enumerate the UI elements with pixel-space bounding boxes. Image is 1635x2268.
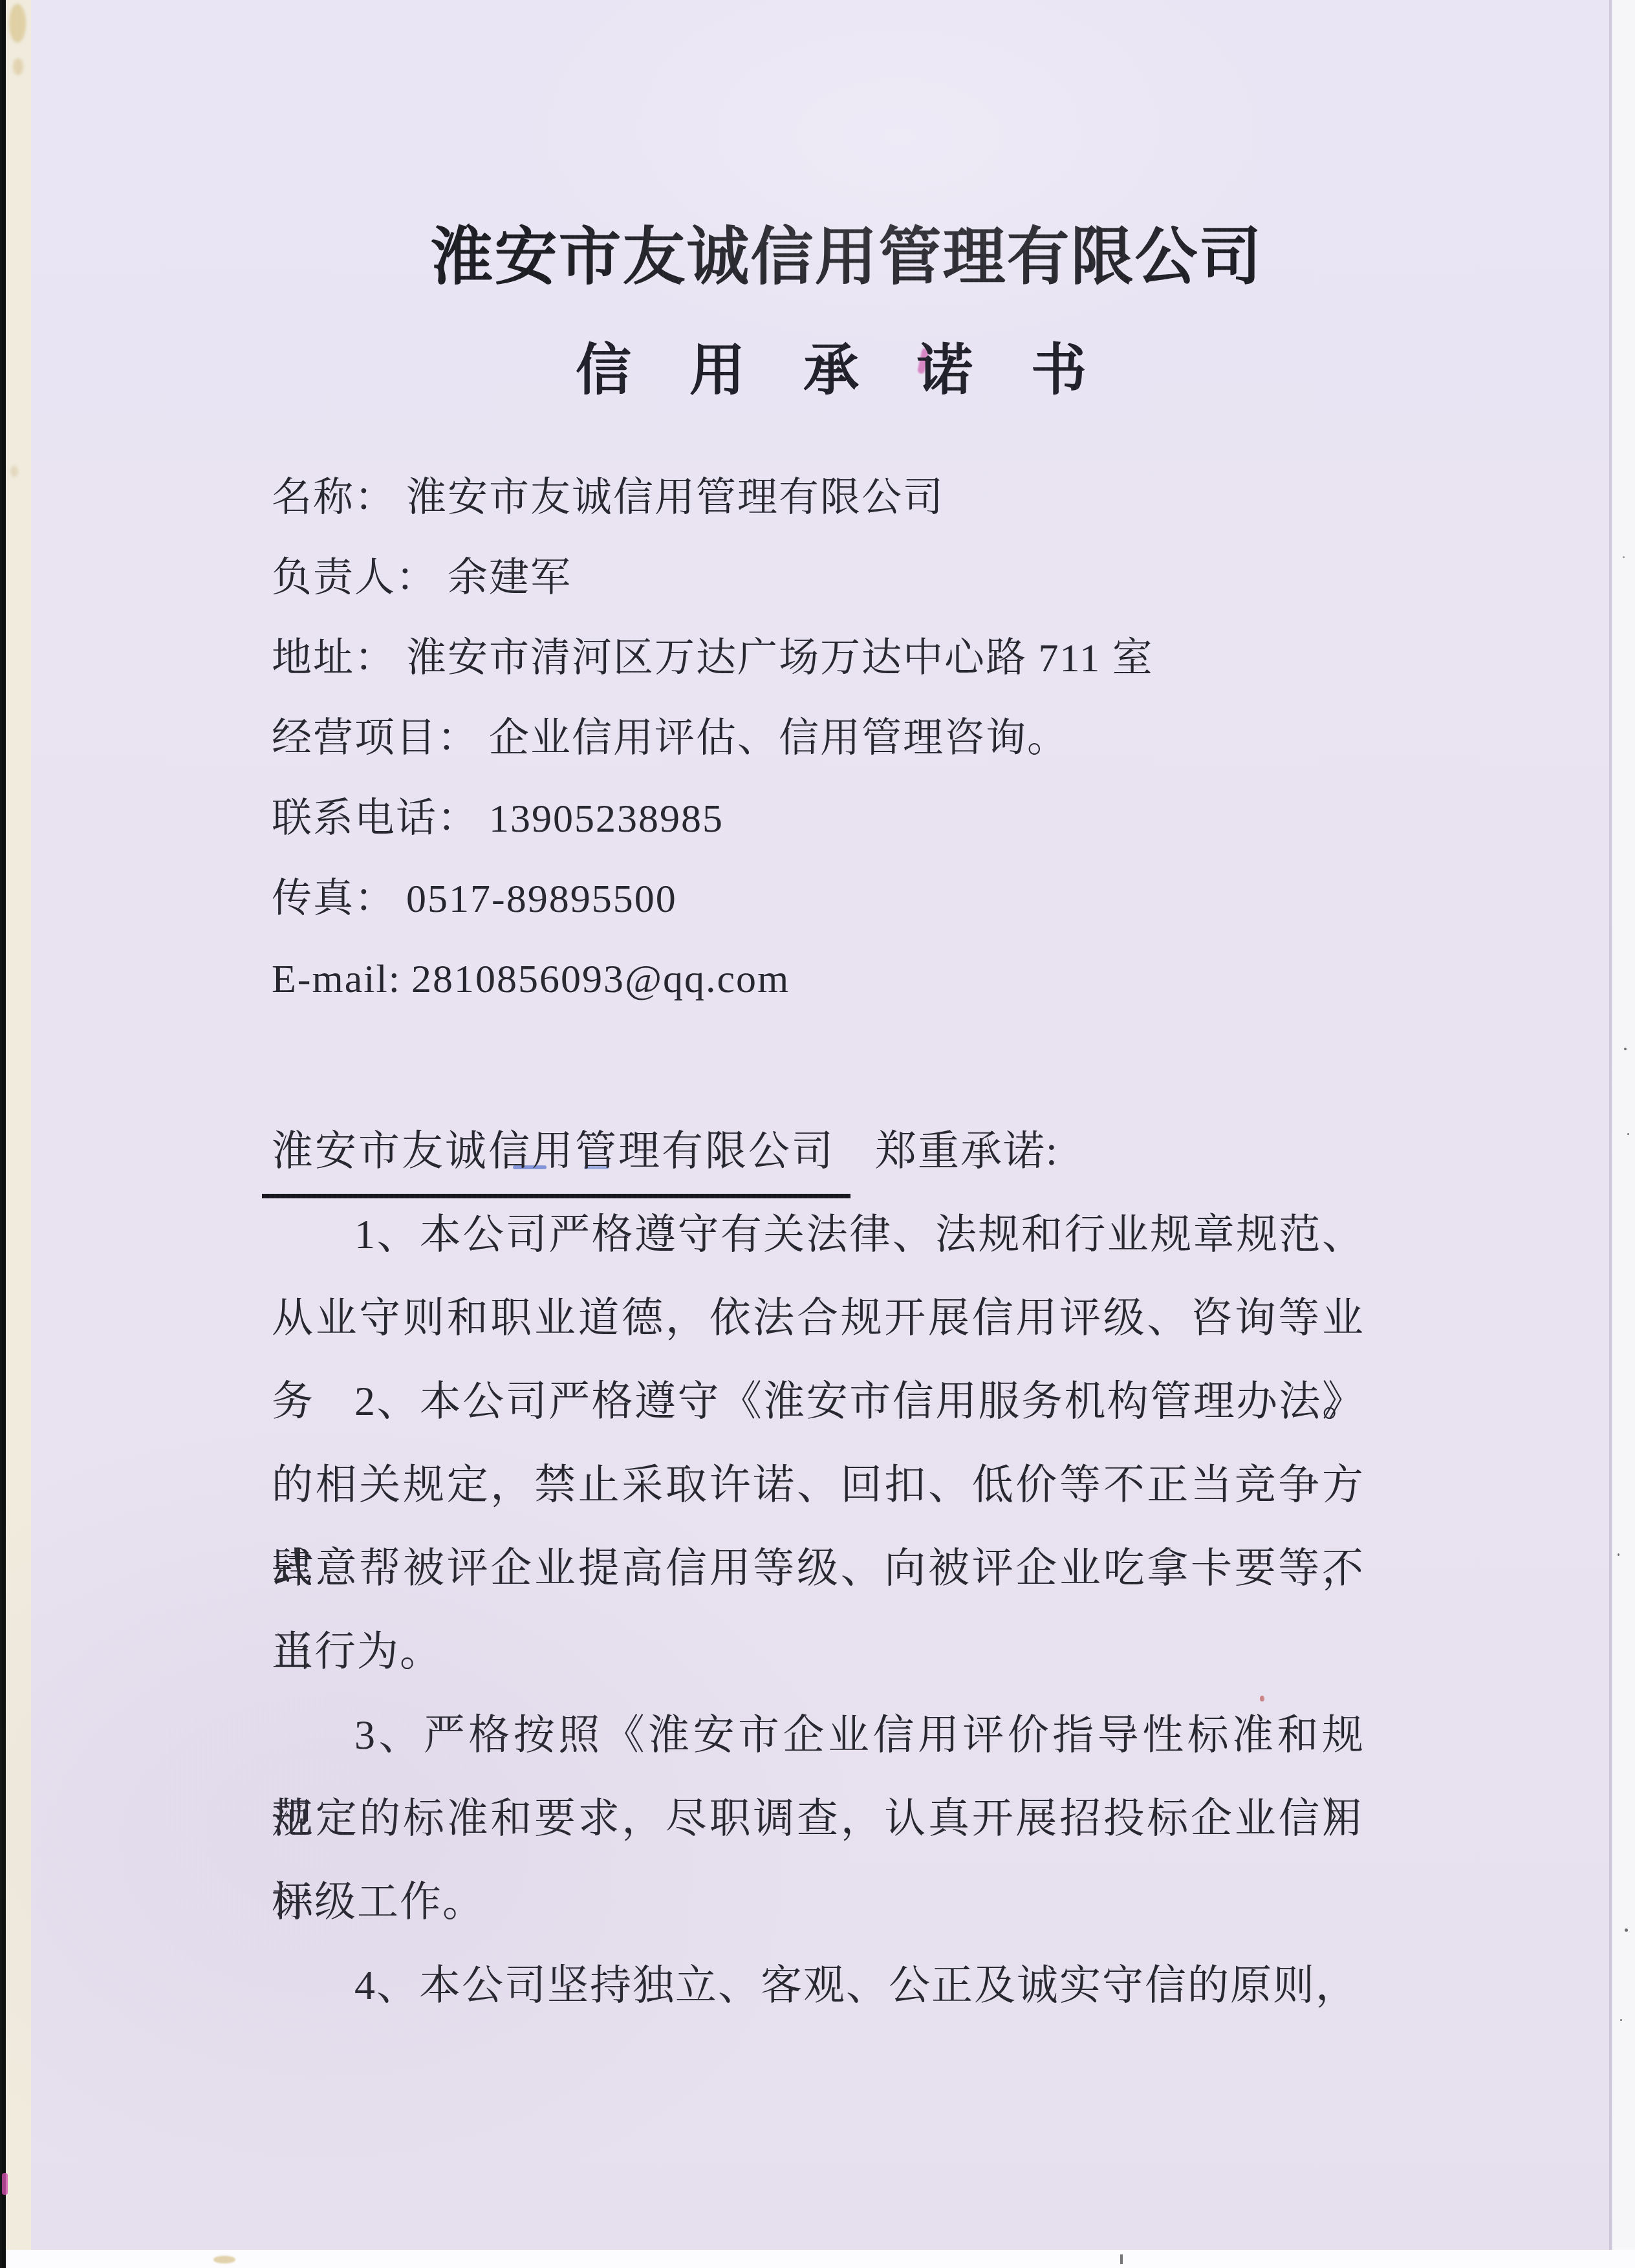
field-value: 13905238985 bbox=[489, 797, 724, 841]
field-value: 2810856093@qq.com bbox=[411, 957, 790, 1001]
pledge-line: 1、本公司严格遵守有关法律、法规和行业规章规范、 bbox=[272, 1193, 1365, 1276]
pledge-opening-suffix: 郑重承诺: bbox=[875, 1128, 1059, 1174]
field-line-person: 负责人：余建军 bbox=[272, 538, 1384, 618]
pledge-section: 淮安市友诚信用管理有限公司郑重承诺: 1、本公司严格遵守有关法律、法规和行业规章… bbox=[272, 1109, 1365, 2027]
field-label: 经营项目： bbox=[272, 717, 479, 761]
field-line-address: 地址：淮安市清河区万达广场万达中心路 711 室 bbox=[272, 618, 1384, 698]
scan-speck bbox=[1624, 1048, 1627, 1050]
paper-stain bbox=[10, 466, 18, 477]
pink-ink-mark bbox=[2, 2173, 8, 2195]
field-value: 淮安市友诚信用管理有限公司 bbox=[406, 476, 944, 520]
field-value: 余建军 bbox=[448, 556, 572, 600]
pledge-opening-line: 淮安市友诚信用管理有限公司郑重承诺: bbox=[262, 1109, 1365, 1193]
scan-speck bbox=[1618, 1553, 1619, 1556]
paper-stain bbox=[213, 2256, 235, 2263]
document-title: 信用承诺书 bbox=[14, 332, 1635, 409]
scanner-bottom-band bbox=[6, 2250, 1635, 2268]
field-line-name: 名称：淮安市友诚信用管理有限公司 bbox=[272, 458, 1384, 538]
field-value: 淮安市清河区万达广场万达中心路 711 室 bbox=[406, 636, 1154, 680]
field-label: 负责人： bbox=[272, 556, 437, 600]
scan-speck bbox=[1120, 2254, 1123, 2264]
scan-speck bbox=[1623, 556, 1625, 558]
scan-speck bbox=[1620, 2019, 1622, 2021]
field-label: 传真： bbox=[272, 877, 396, 921]
pledge-line: 2、本公司严格遵守《淮安市信用服务机构管理办法》 bbox=[272, 1359, 1365, 1443]
paper-stain bbox=[9, 4, 26, 43]
scan-speck bbox=[1627, 1133, 1629, 1135]
scanner-edge-black-strip bbox=[0, 0, 6, 2268]
field-label: 地址： bbox=[272, 636, 396, 680]
field-label: 联系电话： bbox=[272, 797, 479, 841]
pledge-line: 3、严格按照《淮安市企业信用评价指导性标准和规范》 bbox=[272, 1693, 1365, 1777]
paper-stain bbox=[13, 58, 23, 75]
pledge-line: 肆意帮被评企业提高信用等级、向被评企业吃拿卡要等不正 bbox=[272, 1526, 1365, 1610]
scanned-document-page: 淮安市友诚信用管理有限公司 信用承诺书 名称：淮安市友诚信用管理有限公司 负责人… bbox=[0, 0, 1635, 2268]
pledge-line: 4、本公司坚持独立、客观、公正及诚实守信的原则， bbox=[272, 1943, 1365, 2027]
field-label: E-mail: bbox=[272, 957, 401, 1001]
field-value: 0517-89895500 bbox=[406, 877, 677, 921]
pledge-line: 标级工作。 bbox=[272, 1860, 1365, 1943]
field-line-email: E-mail:2810856093@qq.com bbox=[272, 939, 1384, 1019]
company-title: 淮安市友诚信用管理有限公司 bbox=[29, 213, 1635, 301]
pledge-line: 从业守则和职业道德，依法合规开展信用评级、咨询等业务。 bbox=[272, 1276, 1365, 1359]
underlined-company-name: 淮安市友诚信用管理有限公司 bbox=[262, 1109, 850, 1198]
field-value: 企业信用评估、信用管理咨询。 bbox=[489, 717, 1068, 761]
pledge-line: 的相关规定，禁止采取许诺、回扣、低价等不正当竞争方式， bbox=[272, 1443, 1365, 1526]
pledge-line: 规定的标准和要求，尽职调查，认真开展招投标企业信用评 bbox=[272, 1777, 1365, 1860]
info-fields: 名称：淮安市友诚信用管理有限公司 负责人：余建军 地址：淮安市清河区万达广场万达… bbox=[272, 458, 1384, 1019]
pledge-line: 当行为。 bbox=[272, 1610, 1365, 1693]
field-label: 名称： bbox=[272, 476, 396, 520]
field-line-fax: 传真：0517-89895500 bbox=[272, 859, 1384, 939]
scan-speck bbox=[1625, 1928, 1628, 1932]
field-line-business: 经营项目：企业信用评估、信用管理咨询。 bbox=[272, 698, 1384, 779]
field-line-phone: 联系电话：13905238985 bbox=[272, 779, 1384, 859]
